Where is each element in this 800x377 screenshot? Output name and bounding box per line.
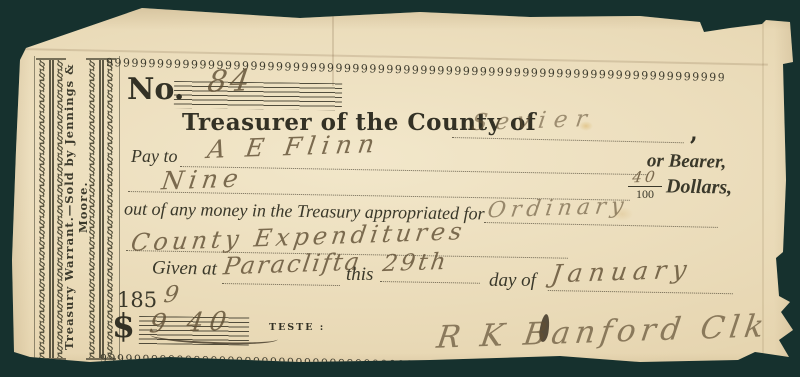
pay-to-label: Pay to <box>131 146 178 167</box>
day-of-label: day of <box>489 270 536 292</box>
dollar-sign: $ <box>112 306 135 345</box>
no-value-handwritten: 84 <box>205 63 254 100</box>
month-handwritten: January <box>550 255 695 289</box>
title-comma: , <box>690 120 698 146</box>
this-label: this <box>346 264 373 286</box>
payee-handwritten: A E Flinn <box>205 129 382 164</box>
cents-numerator-handwritten: 40 <box>627 169 663 185</box>
cents-fraction: 40 100 <box>628 170 662 200</box>
place-handwritten: Paraclifta <box>222 248 364 281</box>
appropriation-handwritten-1: Ordinary <box>486 194 630 224</box>
clerk-signature-handwritten: R K Banford Clk <box>435 308 771 355</box>
cents-denominator: 100 <box>628 186 662 200</box>
column-rule <box>49 60 54 358</box>
given-at-label: Given at <box>152 257 217 280</box>
column-rule <box>99 60 104 358</box>
amount-words-handwritten: Nine <box>160 164 245 196</box>
year-digit-handwritten: 9 <box>162 282 183 309</box>
dollars-label: Dollars, <box>666 175 733 199</box>
teste-label: TESTE : <box>269 322 325 333</box>
side-imprint-label: Treasury Warrant.—Sold by Jennings & Moo… <box>62 58 90 356</box>
day-handwritten: 29th <box>381 249 450 277</box>
warrant-document: §§§§§§§§§§§§§§§§§§§§§§§§§§§§§§§§§§ §§§§§… <box>0 0 800 377</box>
bottom-loop-border: 9999999999999999999999999999999999999999… <box>100 352 750 377</box>
county-handwritten: Sevier <box>470 106 597 136</box>
scroll-ornament: §§§§§§§§§§§§§§§§§§§§§§§§§§§§§§§§§§ <box>36 60 48 358</box>
no-ruled-box <box>174 81 342 110</box>
paper-crease-vertical-right <box>762 22 764 357</box>
scanner-background: §§§§§§§§§§§§§§§§§§§§§§§§§§§§§§§§§§ §§§§§… <box>0 0 800 377</box>
